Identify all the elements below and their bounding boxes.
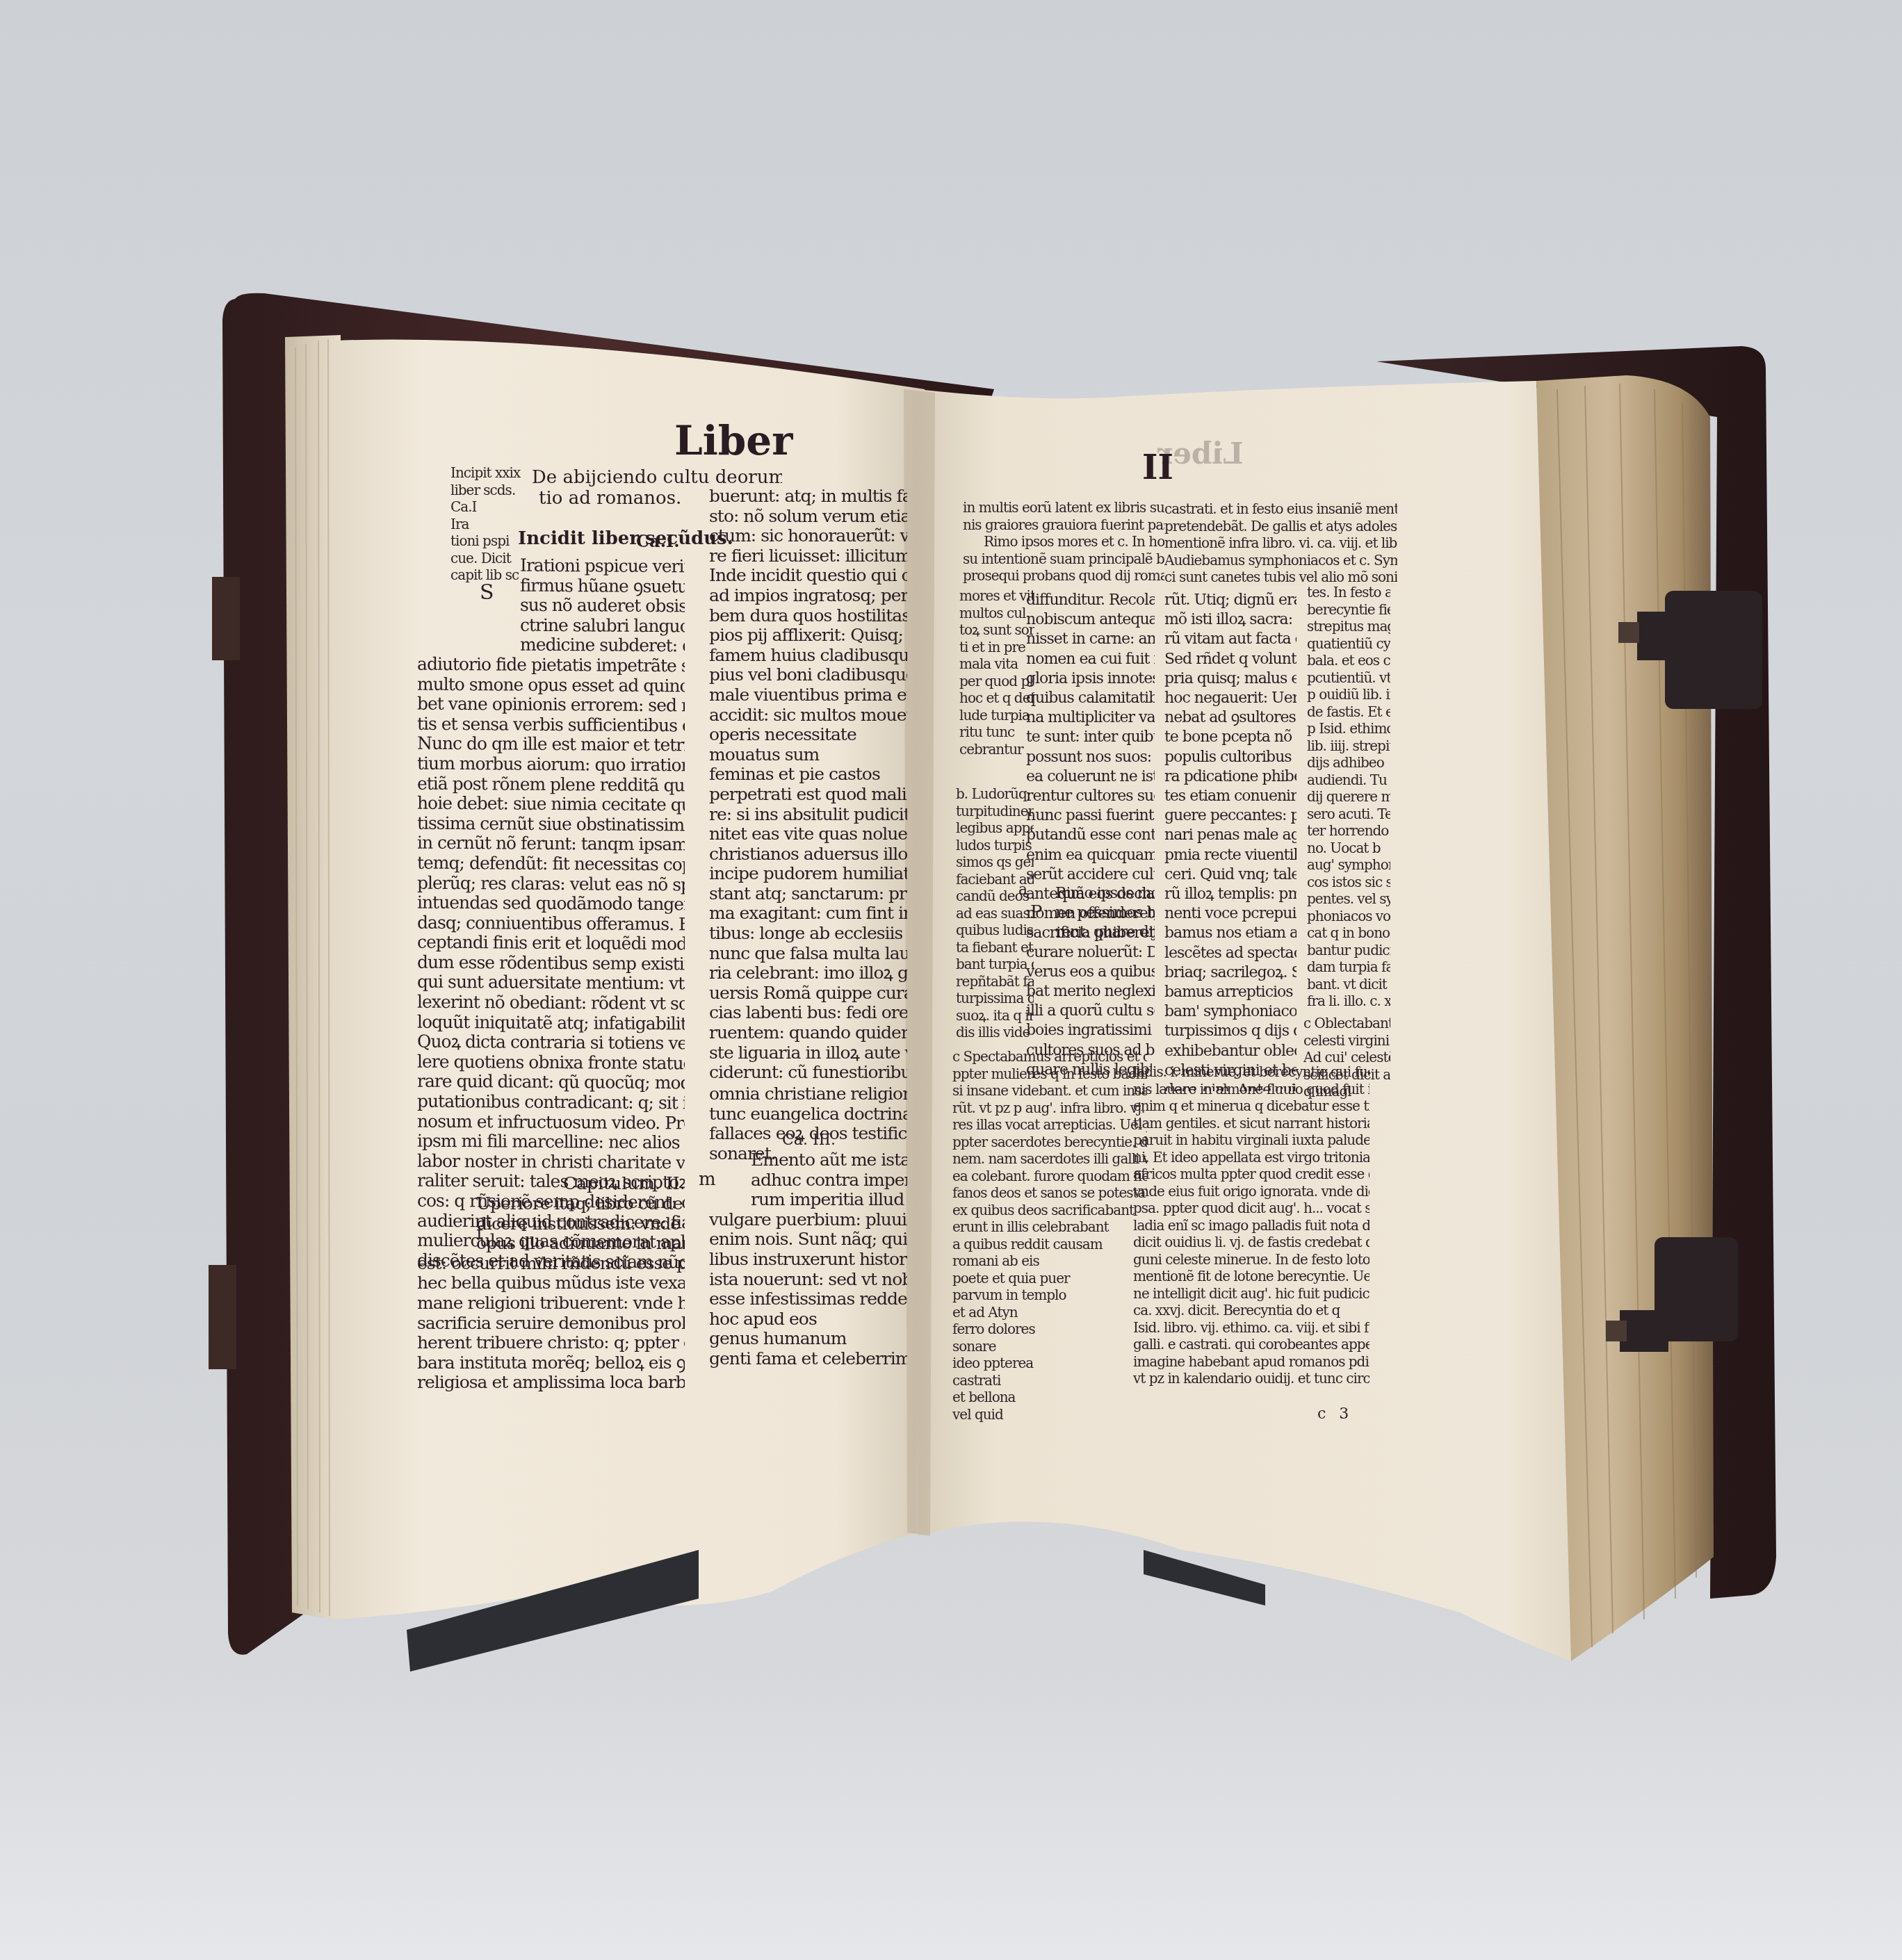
gloss-line: quatientiũ cym xyxy=(1307,635,1390,653)
text-line: sacrificia seruire demonibus prohibentur xyxy=(417,1314,685,1334)
gloss-line: celesti virgini et c. xyxy=(1303,1032,1390,1050)
gloss-line: fanos deos et sanos se potestate xyxy=(952,1184,1147,1202)
text-line: bat merito neglexit. Dij aũt xyxy=(1026,982,1155,1002)
text-line: sus nõ auderet obsistere: sed do xyxy=(417,595,685,616)
left-column-2: buerunt: atq; in multis famulatũ debitũ … xyxy=(709,487,907,1084)
text-line: putationibus contradicant: q; sit infini… xyxy=(417,1092,685,1113)
text-line: loquũt iniquitatẽ atq; infatigabiliter v… xyxy=(417,1012,685,1034)
text-line: bara instituta morẽq; belloꝝ eis ꝯsugere… xyxy=(417,1353,685,1373)
text-line: sto: nõ solum verum etiam: sed etiam tim… xyxy=(709,507,907,527)
text-line: pria quisq; malus est. Quis xyxy=(1164,669,1297,689)
text-line: vulgare puerbium: pluuia defecit causa c… xyxy=(709,1210,907,1230)
gloss-line: repñtabãt facta xyxy=(956,973,1034,990)
gloss-line: ladia enĩ sc imago palladis fuit nota de… xyxy=(1133,1217,1369,1234)
text-line: incipe pudorem humiliata feminas xyxy=(709,864,907,884)
text-line: serũt accidere cultorib' suis xyxy=(1026,865,1155,885)
text-line: exhibebantur oblectabant xyxy=(1164,1042,1297,1061)
text-line: nebat ad ꝯsultores deos vi xyxy=(1164,708,1297,728)
text-line: mõ isti illoꝝ sacra: ita illi isto xyxy=(1164,610,1297,630)
text-line: stant atq; sanctarum: preualeat xyxy=(709,884,907,904)
text-line: putandũ esse contendunt. Cur xyxy=(1026,826,1155,845)
gloss-line: audiendi. Tu oul xyxy=(1307,771,1390,789)
text-line: tes etiam conuenire atq; ar xyxy=(1164,787,1297,806)
text-line: pios pij afflixerit: Quisq; hoc ita mult xyxy=(709,626,907,646)
text-line: lescẽtes ad spectacula ludi xyxy=(1164,944,1297,963)
text-line: ctrine salubri languorẽ suũ tãq xyxy=(417,614,685,636)
gloss-line: b. Ludorũq; sacrilegiorum xyxy=(956,785,1034,803)
gloss-line: c Spectabamus arrepticios et c. Hoc dici… xyxy=(952,1048,1147,1065)
text-line: pius vel boni cladibusque xyxy=(709,665,907,685)
text-line: dum esse rõdentibus semp existimemus? Nã xyxy=(417,953,685,974)
text-line: adhuc contra imperitos agere: ex xyxy=(709,1170,907,1191)
text-line: qui sunt aduersitate mentium: vt etiam s… xyxy=(417,972,685,994)
text-line: tis et sensa verbis sufficientibus expli… xyxy=(417,714,685,735)
text-line: hoie debet: siue nimia cecitate qua nec … xyxy=(417,794,685,815)
text-line: diffunditur. Recolant ergo xyxy=(1026,591,1155,610)
gloss-line: romani ab eis xyxy=(952,1252,1147,1270)
gloss-line: pcutientiũ. vt pz xyxy=(1307,669,1390,687)
gloss-line: castrati. et in festo eius insaniẽ menti… xyxy=(1164,500,1397,518)
gloss-line: si insane videbant. et cum insania festũ… xyxy=(952,1082,1147,1100)
text-line: libus instruxerunt historiam xyxy=(709,1250,907,1270)
text-line: populis cultoribus suis: sed cla xyxy=(1164,748,1297,767)
text-line: ea coluerunt ne ista mala pati xyxy=(1026,767,1155,787)
text-line: Rimo ipsos mores xyxy=(1026,884,1155,904)
gloss-line: enim q et minerua q dicebatur esse trade… xyxy=(1133,1097,1369,1115)
text-line: herent tribuere christo: q; ppter eius n… xyxy=(417,1333,685,1353)
text-line: tibus: longe ab ecclesiis romano xyxy=(709,924,907,944)
text-line: esse infestissimas reddere xyxy=(709,1289,907,1309)
gloss-line: poete et quia puer xyxy=(952,1270,1147,1287)
text-line: gloria ipsis innotesceret: de xyxy=(1026,669,1155,689)
gloss-line: ladis. i. minerue. et berecyntie qui fue… xyxy=(1133,1063,1369,1081)
text-line: opus illo adiuuante in manus sũptũ xyxy=(417,1234,685,1254)
text-line: ne pessimos habe xyxy=(1026,904,1155,923)
right-outer-gloss: tes. In festo aũt berecyntie fiebat stre… xyxy=(1307,584,1390,1010)
text-line: enim nois. Sunt nãq; qui eorum studijs l… xyxy=(709,1230,907,1250)
text-line: operis necessitate xyxy=(709,725,907,745)
gloss-line: ludos turpis xyxy=(956,837,1034,854)
gloss-line: berecyntie fiebat xyxy=(1307,601,1390,619)
gloss-line: rũt. vt pz p aug'. infra libro. vj. ca. … xyxy=(952,1100,1147,1117)
text-line: mouatus sum xyxy=(709,745,907,765)
gloss-line: dij querere mi xyxy=(1307,788,1390,806)
text-line: bet vane opinionis errorem: sed recte se… xyxy=(417,694,685,716)
gloss-line: res illas vocat arrepticias. Uel potius … xyxy=(952,1116,1147,1134)
chapter-iii-text: Emento aũt me ista cõmemorantem adhuc co… xyxy=(709,1150,907,1373)
gloss-line: ti et in pre xyxy=(959,639,1034,656)
gloss-line: bantur pudicitie xyxy=(1307,942,1390,959)
text-line: bam' symphoniacos: ludos xyxy=(1164,1002,1297,1022)
text-line: genti fama et celeberrima xyxy=(709,1349,907,1369)
gloss-line: ppter sacerdotes berecyntie. de qua stat… xyxy=(952,1134,1147,1151)
gloss-line: suoꝝ. ita q in xyxy=(956,1007,1034,1024)
text-line: Inde incidit questio qui cum Dei benefic… xyxy=(709,566,907,586)
text-line: adiutorio fide pietatis impetrãte sanare… xyxy=(417,655,685,676)
chapter-mark: Ca.I. xyxy=(636,531,680,551)
text-line: bamus nos etiam aliqñ ad xyxy=(1164,924,1297,943)
gloss-line: Audiebamus symphoniacos et c. Symphonia xyxy=(1164,552,1397,569)
text-line: rũ illoꝝ templis: pmpta et emi xyxy=(1164,885,1297,904)
incipit-line: Incidit liber secũdus. xyxy=(518,528,733,549)
signature-mark: c 3 xyxy=(1317,1405,1349,1423)
text-line: Irationi pspicue veritatatis in xyxy=(417,555,685,577)
gloss-line: vnde eius fuit origo ignorata. vnde dice… xyxy=(1133,1183,1369,1200)
text-line: etiã post rõnem plene redditã quanta hoi… xyxy=(417,774,685,795)
open-book-illustration xyxy=(0,0,1902,1960)
gloss-line: legibus appellat xyxy=(956,819,1034,837)
text-line: rũt. Utiq; dignũ erat: vt q; xyxy=(1164,591,1297,610)
gloss-line: ideo ppterea xyxy=(952,1355,1147,1372)
gloss-line: cos istos sic stre xyxy=(1307,874,1390,891)
gloss-line: a quibus reddit causam xyxy=(952,1236,1147,1253)
text-line: Nunc do qm ille est maior et tetrior ins… xyxy=(417,734,685,756)
text-line: te bone pcepta nõ occultare xyxy=(1164,728,1297,747)
text-line: est: occurrit mihi rñdendũ esse primitus… xyxy=(417,1254,685,1274)
text-line: ad impios ingratosq; peruenirent: cur il… xyxy=(709,586,907,606)
text-line: Emento aũt me ista cõmemorantem xyxy=(709,1150,907,1170)
text-line: rare quid dicant: qũ quocũq; modo nostri… xyxy=(417,1072,685,1093)
text-line: mane religioni tribuerent: vnde hoc vniu… xyxy=(417,1293,685,1314)
gloss-line: pentes. vel sym xyxy=(1307,890,1390,908)
gloss-line: mores et vita xyxy=(959,587,1034,605)
text-line: hec bella quibus mũdus iste vexat: maxim… xyxy=(417,1273,685,1293)
gloss-line: phoniacos vo xyxy=(1307,908,1390,925)
gloss-line: de fastis. Et etiã xyxy=(1307,703,1390,721)
gloss-line: ad eas suas. In xyxy=(956,905,1034,922)
gloss-line: aug' symphonia xyxy=(1307,856,1390,874)
gloss-line: ritu tunc xyxy=(959,724,1034,741)
text-line: tunc euangelica doctrina aduersus falsos… xyxy=(709,1104,907,1125)
chapter-title-line-2: tio ad romanos. xyxy=(539,488,681,509)
text-line: lere quotiens obnixa fronte statuerint n… xyxy=(417,1052,685,1073)
gloss-line: pretendebãt. De gallis et atys adolescen… xyxy=(1164,518,1397,535)
gloss-line: ferro dolores xyxy=(952,1321,1147,1338)
gloss-line: guni celeste minerue. In de festo lotoni… xyxy=(1133,1251,1369,1268)
text-line: turpissimos q dijs deabusq; xyxy=(1164,1022,1297,1041)
gloss-line: ci sunt canetes tubis vel alio mõ sonitũ… xyxy=(1164,569,1397,586)
text-line: curare noluerũt: Deus enĩ xyxy=(1026,943,1155,963)
text-line: nari penas male agentibus xyxy=(1164,826,1297,845)
gloss-line: strepitus magn' xyxy=(1307,618,1390,635)
gloss-line: bant turpia q; xyxy=(956,956,1034,973)
chapter-title-line-1: De abijciendo cultu deorum cohorta xyxy=(532,467,782,488)
text-line: nitet eas vite quas noluerint pollui xyxy=(709,824,907,844)
text-line: te sunt: inter quibus defendant xyxy=(1026,728,1155,747)
text-line: re fieri licuisset: illicitum sibi esse … xyxy=(709,546,907,566)
gloss-line: no. Uocat b xyxy=(1307,840,1390,857)
gloss-line: psa. ppter quod dicit aug'. h... vocat s… xyxy=(1133,1200,1369,1217)
gloss-line: dam turpia fac xyxy=(1307,958,1390,976)
text-line: dasq; conniuentibus offeramus. Et tñ q d… xyxy=(417,913,685,934)
gloss-line: cebrantur xyxy=(959,741,1034,758)
text-line: rent: quare dij eorũ xyxy=(1026,923,1155,942)
gloss-line: ppter mulieres q in festo bachi q fingit… xyxy=(952,1065,1147,1083)
text-line: nunc que falsa multa laudant xyxy=(709,944,907,964)
gloss-line: et ad Atyn xyxy=(952,1304,1147,1321)
gloss-line: c Oblectabant xyxy=(1303,1015,1390,1032)
right-column-right: rũt. Utiq; dignũ erat: vt q; mõ isti ill… xyxy=(1164,591,1297,1091)
gloss-line: ea colebant. furore quodam fiebant xyxy=(952,1168,1147,1185)
gloss-line: castrati xyxy=(952,1372,1147,1389)
text-line: enim ea quicquam sum pm xyxy=(1026,846,1155,865)
gloss-line: ca. xxvj. dicit. Berecyntia do et q xyxy=(1133,1302,1369,1319)
right-bottom-gloss-left: c Spectabamus arrepticios et c. Hoc dici… xyxy=(952,1048,1147,1423)
text-line: multo smone opus esset ad quincũdũ quẽ xyxy=(417,674,685,696)
gloss-line: mala vita xyxy=(959,655,1034,673)
text-line: buerunt: atq; in multis famulatũ debitũ … xyxy=(709,487,907,507)
right-gloss-b: b. Ludorũq; sacrilegiorum turpitudinem l… xyxy=(956,785,1034,1041)
margin-note-line: tioni pspi xyxy=(450,532,521,550)
text-line: christianos aduersus illos rebus xyxy=(709,844,907,865)
text-line: nenti voce pcrepuit. Ueni xyxy=(1164,904,1297,924)
text-line: firmus hũane ꝯsuetudinis sen xyxy=(417,575,685,596)
gloss-line: Isid. libro. vij. ethimo. ca. viij. et s… xyxy=(1133,1319,1369,1337)
gloss-line: tes. In festo aũt xyxy=(1307,584,1390,601)
gloss-line: vel quid xyxy=(952,1406,1147,1423)
gloss-line: et bellona xyxy=(952,1389,1147,1406)
gloss-line: lude turpia xyxy=(959,707,1034,724)
text-line: nosum et infructuosum video. Proinde nec xyxy=(417,1111,685,1133)
text-line: male viuentibus prima et iudicatur xyxy=(709,685,907,705)
text-line: labor noster in christi charitate vtilit… xyxy=(417,1151,685,1173)
text-line: cias labenti bus: fedi orem xyxy=(709,1003,907,1023)
gloss-line: p ouidiũ lib. iiij. xyxy=(1307,686,1390,703)
text-line: bem dura quos hostilitas fecit impiis xyxy=(709,606,907,626)
gloss-line: turpissima deoꝝ xyxy=(956,990,1034,1007)
text-line: boies ingratissimi querũt: xyxy=(1026,1021,1155,1040)
margin-note-line: liber scds. xyxy=(450,482,521,499)
text-line: nunc passi fuerint nobis im xyxy=(1026,806,1155,826)
gloss-line: galli. e castrati. qui corobeantes appel… xyxy=(1133,1336,1369,1353)
text-line: Quoꝝ dicta contraria si totiens velimus … xyxy=(417,1032,685,1054)
gloss-line: dis illis vide xyxy=(956,1024,1034,1041)
photo-scene: Liber Incipit xxix liber scds. Ca.I Ira … xyxy=(0,0,1902,1960)
gloss-line: fra li. illo. c. xxi. xyxy=(1307,993,1390,1010)
gloss-line: per quod phat in xyxy=(959,673,1034,690)
gloss-line: imagine habebant apud romanos pdicnos xyxy=(1133,1353,1369,1371)
gloss-line: ni. Et ideo appellata est virgo tritonia… xyxy=(1133,1149,1369,1166)
text-line: na multipliciter varieq; attri xyxy=(1026,708,1155,728)
text-line: possunt nos suos: si ppterea xyxy=(1026,748,1155,767)
text-line: ista nouerunt: sed vt nobis xyxy=(709,1270,907,1290)
text-line: religiosa et amplissima loca barbari lib… xyxy=(417,1373,685,1393)
text-line: hoc apud eos xyxy=(709,1309,907,1330)
text-line: temq; defendũt: fit necessitas copiosius… xyxy=(417,854,685,875)
right-gloss-top-right: castrati. et in festo eius insaniẽ menti… xyxy=(1164,500,1397,586)
text-line: feminas et pie castos xyxy=(709,765,907,785)
text-line: intuendas sed quodãmodo tangendas palpã xyxy=(417,893,685,915)
gloss-line: ex quibus deos sacrificabant xyxy=(952,1202,1147,1219)
gloss-line: quibus ludis mul xyxy=(956,922,1034,939)
text-line: dicere instituissem: vnde hoc vniuersum xyxy=(417,1214,685,1234)
text-line: uersis Romã quippe cura xyxy=(709,983,907,1004)
gloss-line: sonare xyxy=(952,1338,1147,1355)
left-running-head: Liber xyxy=(674,417,793,464)
text-line: illi a quorũ cultu se phiberi xyxy=(1026,1002,1155,1021)
margin-note-line: Incipit xxix xyxy=(450,464,521,482)
gloss-line: tiam gentiles. et sicut narrant historia… xyxy=(1133,1115,1369,1132)
text-line: ruentem: quando quidem in ruina xyxy=(709,1023,907,1043)
text-line: ria celebrant: imo illoꝝ gloriose xyxy=(709,963,907,983)
gloss-line: p Isid. ethimo. xyxy=(1307,720,1390,737)
text-line: pmia recte viuentibus polli xyxy=(1164,846,1297,865)
text-line: ceri. Quid vnq; tale in deo xyxy=(1164,865,1297,885)
text-line: genus humanum xyxy=(709,1329,907,1349)
gloss-line: multos cul xyxy=(959,605,1034,622)
gloss-line: paruit in habitu virginali iuxta paludem… xyxy=(1133,1132,1369,1149)
gloss-line: turpitudinem xyxy=(956,803,1034,820)
text-line: famem huius cladibusque xyxy=(709,646,907,666)
text-line: guere peccantes: palam mi xyxy=(1164,806,1297,826)
text-line: tissima cernũt siue obstinatissima puica… xyxy=(417,813,685,835)
text-line: rum imperitia illud quoq; exortũ est xyxy=(709,1190,907,1210)
text-line: ma exagitant: cum fint improbissimi xyxy=(709,904,907,924)
text-line: accidit: sic multos mouet xyxy=(709,705,907,726)
gloss-line: hoc et q defecit xyxy=(959,689,1034,707)
gloss-line: parvum in templo xyxy=(952,1287,1147,1304)
gloss-line: nis lauare in almone fluuio quod fuit in… xyxy=(1133,1081,1369,1098)
side-letter-m: m xyxy=(699,1169,716,1190)
gloss-line: ne intelligit dicit aug'. hic fuit pudic… xyxy=(1133,1285,1369,1302)
chapter-ii-heading: Capitulum. II. xyxy=(563,1173,685,1193)
gloss-line: mentionẽ infra libro. vi. ca. viij. et l… xyxy=(1164,534,1397,552)
gloss-line: bant. vt dicit in xyxy=(1307,976,1390,993)
text-line: nomen ea cui fuit ista inuident xyxy=(1026,650,1155,669)
text-line: ctum: sic honorauerũt: vt quod in eos be… xyxy=(709,526,907,546)
text-line: lexerint nõ obediant: rõdent vt scriptũ … xyxy=(417,993,685,1014)
gloss-line: lib. iiij. strepitus xyxy=(1307,737,1390,755)
text-line: ra pdicatione phibere. Per va xyxy=(1164,767,1297,787)
text-line: medicine subderet: donec dino xyxy=(417,635,685,656)
text-line: Uperiore itaq; libro cũ de ciuitate dei xyxy=(417,1194,685,1214)
text-line: perpetrati est quod mali xyxy=(709,785,907,805)
text-line: hoc negauerit: Uerũtñ pti xyxy=(1164,689,1297,708)
text-line: ciderunt: cũ funestioribus xyxy=(709,1063,907,1083)
gloss-line: dijs adhibeo xyxy=(1307,754,1390,771)
text-line: briaq; sacrilegoꝝ. Spectaba xyxy=(1164,963,1297,983)
text-line: nobiscum antequam christus ve xyxy=(1026,610,1155,630)
chapter-iii-mark: Ca. III. xyxy=(782,1132,836,1149)
gloss-line: vt pz in kalendario ouidij. et tunc circ… xyxy=(1133,1370,1369,1387)
text-line: rũ vitam aut facta curarent xyxy=(1164,630,1297,649)
gloss-line: bala. et eos cuz ere xyxy=(1307,652,1390,669)
text-line: ceptandi finis erit et loquẽdi modus: si… xyxy=(417,933,685,954)
text-line: rentur cultores suos: quoꝝ si ea xyxy=(1026,787,1155,806)
text-line: ipsm mi fili marcelline: nec alios quibu… xyxy=(417,1132,685,1153)
text-line: re: si ins absitulit pudicitie firmitate… xyxy=(709,805,907,825)
gloss-line: toꝝ sunt sor xyxy=(959,621,1034,639)
gloss-line: ta fiebant et dice xyxy=(956,939,1034,956)
right-running-head-showthrough: Liber xyxy=(1157,436,1244,471)
gloss-line: cat q in bono se xyxy=(1307,924,1390,942)
text-line: bamus arrepticios audie xyxy=(1164,983,1297,1002)
margin-note-line: Ira xyxy=(450,516,521,533)
gloss-line: mentionẽ fit de lotone berecyntie. Uel q… xyxy=(1133,1268,1369,1285)
gloss-line: simos qs gentiles xyxy=(956,854,1034,871)
text-line: in cernũt nõ ferunt: tanqm ipsam rõnem v… xyxy=(417,833,685,855)
chapter-ii-text: Uperiore itaq; libro cũ de ciuitate dei … xyxy=(417,1194,685,1403)
text-line: nisset in carne: antequam eius xyxy=(1026,630,1155,649)
text-line: Sed rñdet q voluntate p xyxy=(1164,650,1297,669)
side-letter-f: f xyxy=(476,1223,483,1244)
right-inner-gloss: mores et vita multos cul toꝝ sunt sor ti… xyxy=(959,587,1034,758)
gloss-line: erunt in illis celebrabant xyxy=(952,1218,1147,1236)
text-line: quibus calamitatibus res roma xyxy=(1026,689,1155,708)
gloss-line: ter horrendo to xyxy=(1307,822,1390,840)
gloss-line: africos multa ppter quod credit esse dea… xyxy=(1133,1166,1369,1183)
gloss-line: sero acuti. Ter xyxy=(1307,806,1390,823)
margin-note-line: Ca.I xyxy=(450,498,521,516)
gloss-line: nem. nam sacerdotes illi galli vocabant xyxy=(952,1150,1147,1168)
text-line: tium morbus aiorum: quo irrationabiles m… xyxy=(417,754,685,776)
text-line: ste liguaria in illoꝝ aute vita omnia xyxy=(709,1043,907,1063)
text-line: verus eos a quibus nõ cole xyxy=(1026,963,1155,982)
right-bottom-gloss-right: ladis. i. minerue. et berecyntie qui fue… xyxy=(1133,1063,1369,1387)
gloss-line: dicit ouidius li. vj. de fastis credebat… xyxy=(1133,1234,1369,1251)
text-line: plerũq; res claras: velut eas nõ spectan… xyxy=(417,873,685,895)
text-line: omnia christiane religioni tribuerent xyxy=(709,1084,907,1104)
